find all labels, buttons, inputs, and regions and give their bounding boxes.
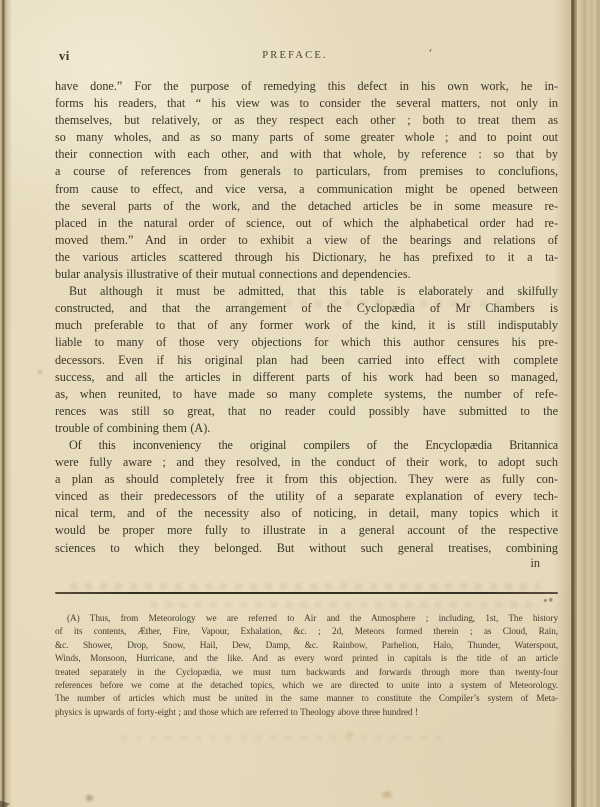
text-line: so many wholes, and as so many parts of … <box>55 129 558 146</box>
body-text: have done.” For the purpose of remedying… <box>55 78 558 571</box>
foxing-stain <box>380 789 394 800</box>
text-line: the various articles scattered through h… <box>55 249 558 266</box>
ink-smudge-mark <box>541 597 555 604</box>
catchword: in <box>55 555 558 571</box>
text-line: vinced as their predecessors of the util… <box>55 488 558 505</box>
text-line: sciences to which they belonged. But wit… <box>55 540 558 557</box>
footnote-line: treated separately in the Cyclopædia, we… <box>55 667 558 680</box>
footnote-line: &c. Shower, Drop, Snow, Hail, Dew, Damp,… <box>55 640 558 653</box>
footnote-rule <box>55 592 558 594</box>
text-line: But although it must be admitted, that t… <box>55 283 558 300</box>
text-line: a course of references from generals to … <box>55 163 558 180</box>
footnote-line: of its contents, Æther, Fire, Vapour, Ex… <box>55 626 558 639</box>
foxing-stain <box>36 368 44 376</box>
text-line: would be proper more fully to illustrate… <box>55 522 558 539</box>
text-line: a plan as should completely free it from… <box>55 471 558 488</box>
text-line: themselves, but relatively, or as they r… <box>55 112 558 129</box>
text-line: trouble of combining them (A). <box>55 420 558 437</box>
page-gutter-edge <box>0 0 12 807</box>
text-line: liable to many of those very objections … <box>55 334 558 351</box>
text-line: forms his readers, that “ his view was t… <box>55 95 558 112</box>
text-line: much preferable to that of any former wo… <box>55 317 558 334</box>
footnote-line: The number of articles which must be uni… <box>55 693 558 706</box>
text-line: were fully aware ; and they resolved, in… <box>55 454 558 471</box>
footnote-line: physics is upwards of forty-eight ; and … <box>55 707 558 720</box>
text-line: as, when reunited, to have made so many … <box>55 386 558 403</box>
footnote: (A) Thus, from Meteorology we are referr… <box>55 613 558 720</box>
text-line: placed in the natural order of science, … <box>55 215 558 232</box>
show-through-text <box>120 735 450 741</box>
book-fore-edge <box>577 0 600 807</box>
foxing-stain <box>84 793 95 803</box>
show-through-text <box>70 583 540 590</box>
page-header: vi PREFACE. ‘ <box>0 46 600 64</box>
text-line: the several parts of the work, and the d… <box>55 198 558 215</box>
scanned-book-page: vi PREFACE. ‘ have done.” For the purpos… <box>0 0 600 807</box>
text-line: decessors. Even if his original plan had… <box>55 352 558 369</box>
text-line: rences was still so great, that no reade… <box>55 403 558 420</box>
text-line: nical term, and of the necessity also of… <box>55 505 558 522</box>
text-line: constructed, and that the arrangement of… <box>55 300 558 317</box>
text-line: success, and all the articles in differe… <box>55 369 558 386</box>
running-head: PREFACE. <box>0 50 590 61</box>
show-through-text <box>150 602 540 608</box>
footnote-line: references before we come at the detache… <box>55 680 558 693</box>
text-line: moved them.” And in order to exhibit a v… <box>55 232 558 249</box>
foxing-stain <box>345 730 355 738</box>
text-line: from cause to effect, and vice versa, a … <box>55 181 558 198</box>
footnote-line: (A) Thus, from Meteorology we are referr… <box>55 613 558 626</box>
footnote-line: Winds, Monsoon, Hurricane, and the like.… <box>55 653 558 666</box>
text-line: have done.” For the purpose of remedying… <box>55 78 558 95</box>
text-line: bular analysis illustrative of their mut… <box>55 266 558 283</box>
text-line: Of this inconveniency the original compi… <box>55 437 558 454</box>
text-line: their connection with each other, and wi… <box>55 146 558 163</box>
